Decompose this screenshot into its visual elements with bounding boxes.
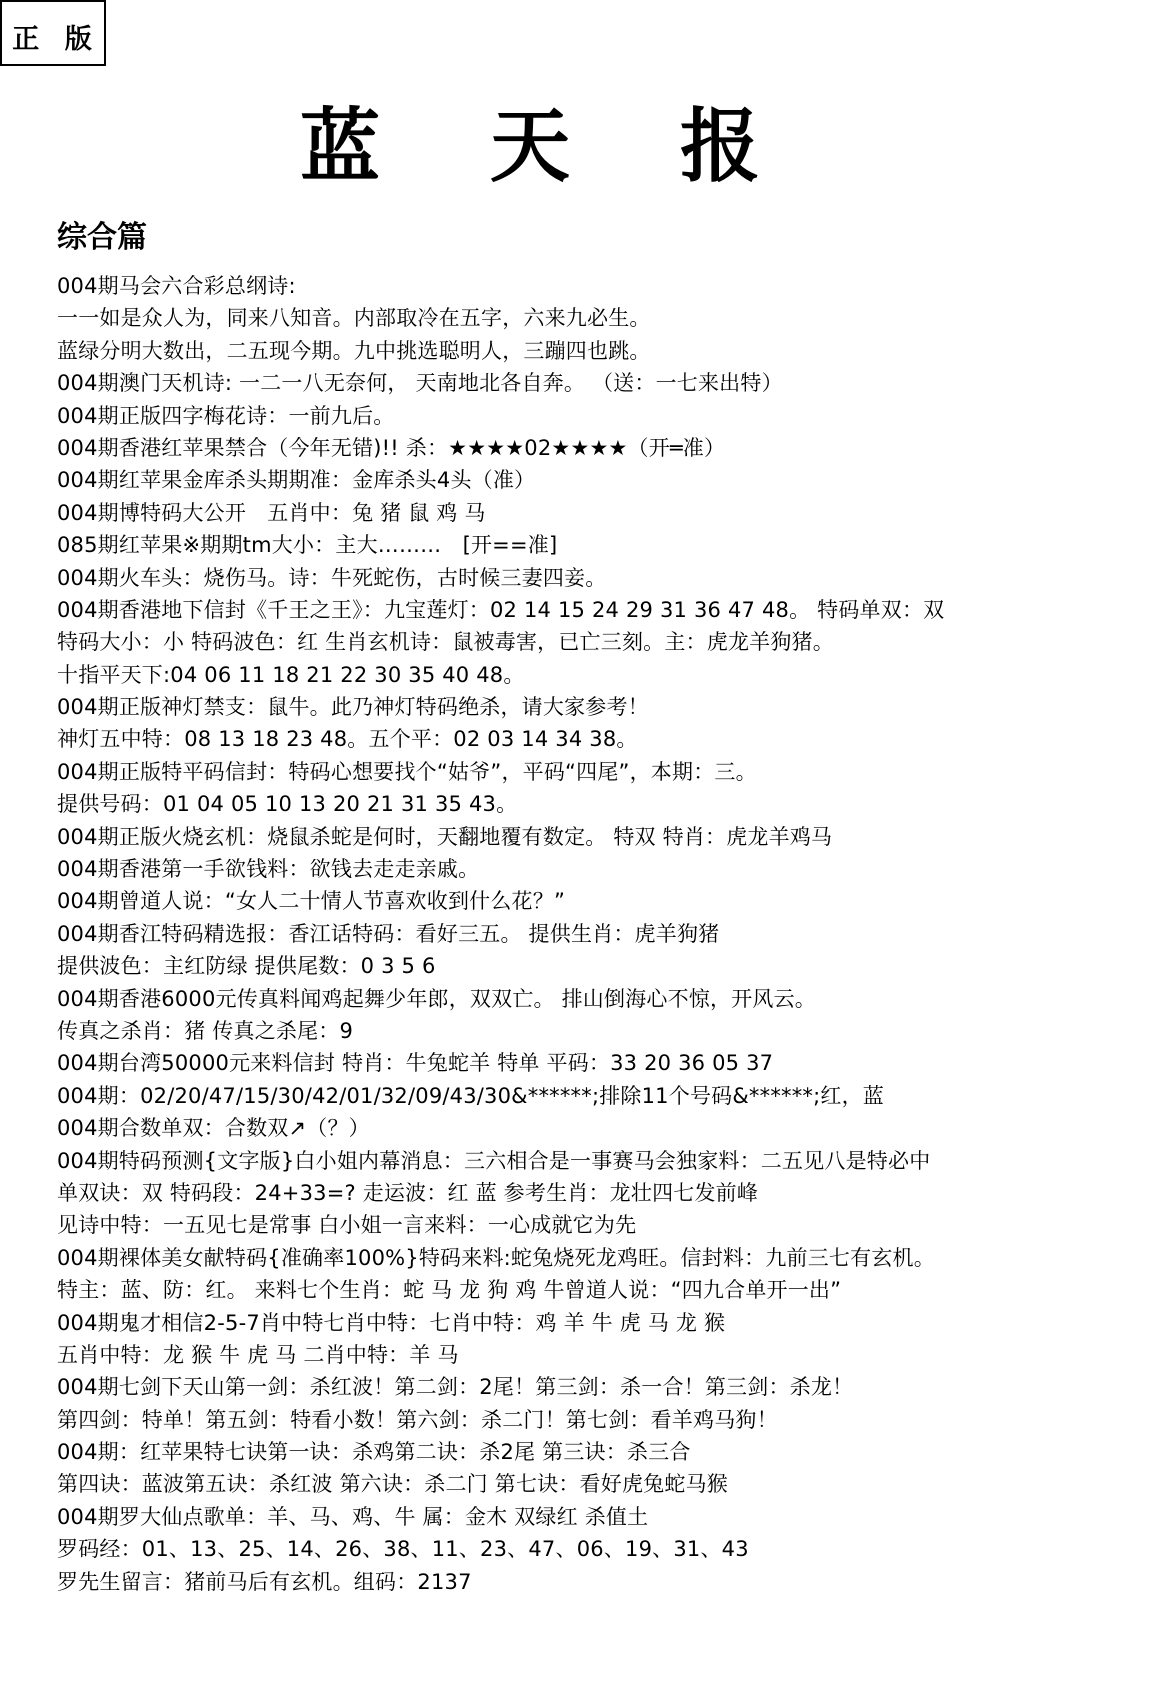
text-line: 004期曾道人说：“女人二十情人节喜欢收到什么花？” [57,885,1167,917]
text-line: 一一如是众人为，同来八知音。内部取冷在五字，六来九必生。 [57,302,1167,334]
text-line: 004期澳门天机诗: 一二一八无奈何， 天南地北各自奔。 （送：一七来出特） [57,367,1167,399]
section-heading: 综合篇 [57,218,147,258]
title-char: 报 [680,98,760,194]
text-line: 004期博特码大公开 五肖中：兔 猪 鼠 鸡 马 [57,497,1167,529]
text-line: 004期特码预测{文字版}白小姐内幕消息：三六相合是一事赛马会独家料：二五见八是… [57,1145,1167,1177]
text-line: 特码大小：小 特码波色：红 生肖玄机诗：鼠被毒害，已亡三刻。主：虎龙羊狗猪。 [57,626,1167,658]
text-line: 提供号码：01 04 05 10 13 20 21 31 35 43。 [57,788,1167,820]
text-line: 神灯五中特：08 13 18 23 48。五个平：02 03 14 34 38。 [57,723,1167,755]
text-line: 004期香港6000元传真料闻鸡起舞少年郎，双双亡。 排山倒海心不惊，开风云。 [57,983,1167,1015]
text-line: 004期马会六合彩总纲诗: [57,270,1167,302]
text-line: 004期七剑下天山第一剑：杀红波！第二剑：2尾！第三剑：杀一合！第三剑：杀龙！ [57,1371,1167,1403]
text-line: 004期正版四字梅花诗：一前九后。 [57,400,1167,432]
text-line: 见诗中特：一五见七是常事 白小姐一言来料：一心成就它为先 [57,1209,1167,1241]
text-line: 004期：红苹果特七诀第一诀：杀鸡第二诀：杀2尾 第三诀：杀三合 [57,1436,1167,1468]
text-line: 004期鬼才相信2-5-7肖中特七肖中特：七肖中特：鸡 羊 牛 虎 马 龙 猴 [57,1307,1167,1339]
text-line: 004期红苹果金库杀头期期准：金库杀头4头（准） [57,464,1167,496]
text-line: 提供波色：主红防绿 提供尾数：0 3 5 6 [57,950,1167,982]
text-line: 004期香港红苹果禁合（今年无错)!! 杀：★★★★02★★★★（开═准） [57,432,1167,464]
page-title: 蓝 天 报 [300,98,760,194]
text-line: 第四剑：特单！第五剑：特看小数！第六剑：杀二门！第七剑：看羊鸡马狗！ [57,1404,1167,1436]
text-line: 004期香江特码精选报：香江话特码：看好三五。 提供生肖：虎羊狗猪 [57,918,1167,950]
title-char: 蓝 [300,98,380,194]
text-line: 004期香港第一手欲钱料：欲钱去走走亲戚。 [57,853,1167,885]
badge-label: 正 版 [12,17,99,56]
text-line: 004期：02/20/47/15/30/42/01/32/09/43/30&**… [57,1080,1167,1112]
text-line: 004期正版特平码信封：特码心想要找个“姑爷”，平码“四尾”，本期：三。 [57,756,1167,788]
text-line: 004期台湾50000元来料信封 特肖：牛兔蛇羊 特单 平码：33 20 36 … [57,1047,1167,1079]
text-line: 罗码经：01、13、25、14、26、38、11、23、47、06、19、31、… [57,1533,1167,1565]
text-line: 传真之杀肖：猪 传真之杀尾：9 [57,1015,1167,1047]
text-line: 004期合数单双：合数双↗（？） [57,1112,1167,1144]
official-edition-badge: 正 版 [0,0,106,66]
text-line: 第四诀：蓝波第五诀：杀红波 第六诀：杀二门 第七诀：看好虎兔蛇马猴 [57,1468,1167,1500]
text-line: 004期火车头：烧伤马。诗：牛死蛇伤，古时候三妻四妾。 [57,562,1167,594]
text-line: 特主：蓝、防：红。 来料七个生肖：蛇 马 龙 狗 鸡 牛曾道人说：“四九合单开一… [57,1274,1167,1306]
text-line: 五肖中特：龙 猴 牛 虎 马 二肖中特：羊 马 [57,1339,1167,1371]
article-body: 004期马会六合彩总纲诗: 一一如是众人为，同来八知音。内部取冷在五字，六来九必… [57,270,1167,1598]
text-line: 004期香港地下信封《千王之王》：九宝莲灯：02 14 15 24 29 31 … [57,594,1167,626]
text-line: 085期红苹果※期期tm大小：主大……… [开==准] [57,529,1167,561]
text-line: 蓝绿分明大数出，二五现今期。九中挑选聪明人，三蹦四也跳。 [57,335,1167,367]
text-line: 004期裸体美女献特码{准确率100%}特码来料:蛇兔烧死龙鸡旺。信封料：九前三… [57,1242,1167,1274]
text-line: 004期罗大仙点歌单：羊、马、鸡、牛 属：金木 双绿红 杀值土 [57,1501,1167,1533]
text-line: 罗先生留言：猪前马后有玄机。组码：2137 [57,1566,1167,1598]
text-line: 单双诀：双 特码段：24+33=? 走运波：红 蓝 参考生肖：龙壮四七发前峰 [57,1177,1167,1209]
text-line: 004期正版火烧玄机：烧鼠杀蛇是何时，天翻地覆有数定。 特双 特肖：虎龙羊鸡马 [57,821,1167,853]
text-line: 004期正版神灯禁支：鼠牛。此乃神灯特码绝杀，请大家参考！ [57,691,1167,723]
text-line: 十指平天下:04 06 11 18 21 22 30 35 40 48。 [57,659,1167,691]
title-char: 天 [490,98,570,194]
